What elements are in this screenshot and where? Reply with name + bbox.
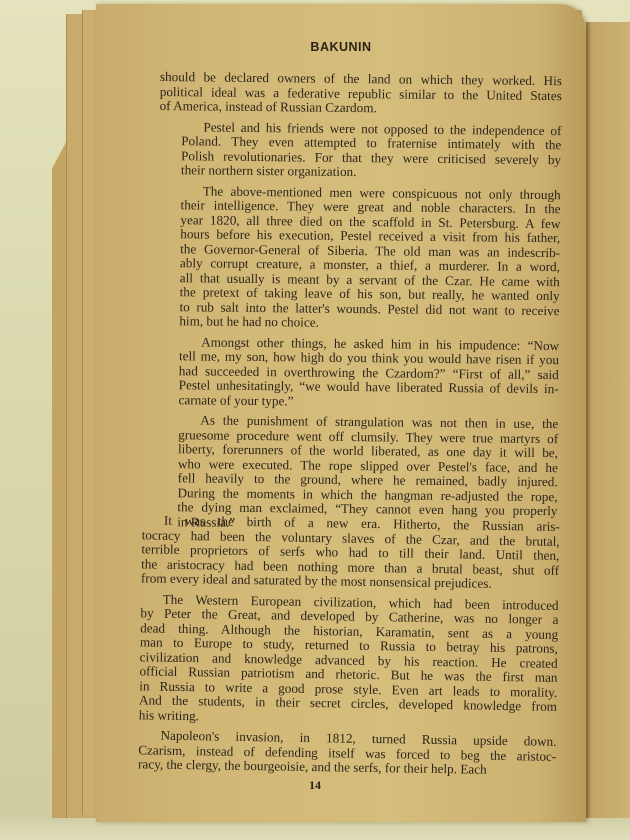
running-head: BAKUNIN bbox=[96, 40, 586, 54]
paragraph: should be declared owners of the land on… bbox=[160, 70, 562, 118]
paragraph: It was the birth of a new era. Hitherto,… bbox=[119, 513, 560, 592]
page-number: 14 bbox=[70, 778, 560, 793]
paragraph: Pestel and his friends were not opposed … bbox=[159, 119, 562, 181]
paragraph: Amongst other things, he asked him in hi… bbox=[156, 334, 559, 411]
body-text-lower: It was the birth of a new era. Hitherto,… bbox=[116, 513, 560, 784]
paragraph: Napoleon's invasion, in 1812, turned Rus… bbox=[116, 728, 557, 778]
paragraph: The above-mentioned men were conspicuous… bbox=[157, 183, 560, 332]
facing-page-edge bbox=[586, 22, 630, 840]
paragraph: The Western European civilization, which… bbox=[117, 591, 559, 728]
body-text-upper: should be declared owners of the land on… bbox=[155, 70, 562, 539]
